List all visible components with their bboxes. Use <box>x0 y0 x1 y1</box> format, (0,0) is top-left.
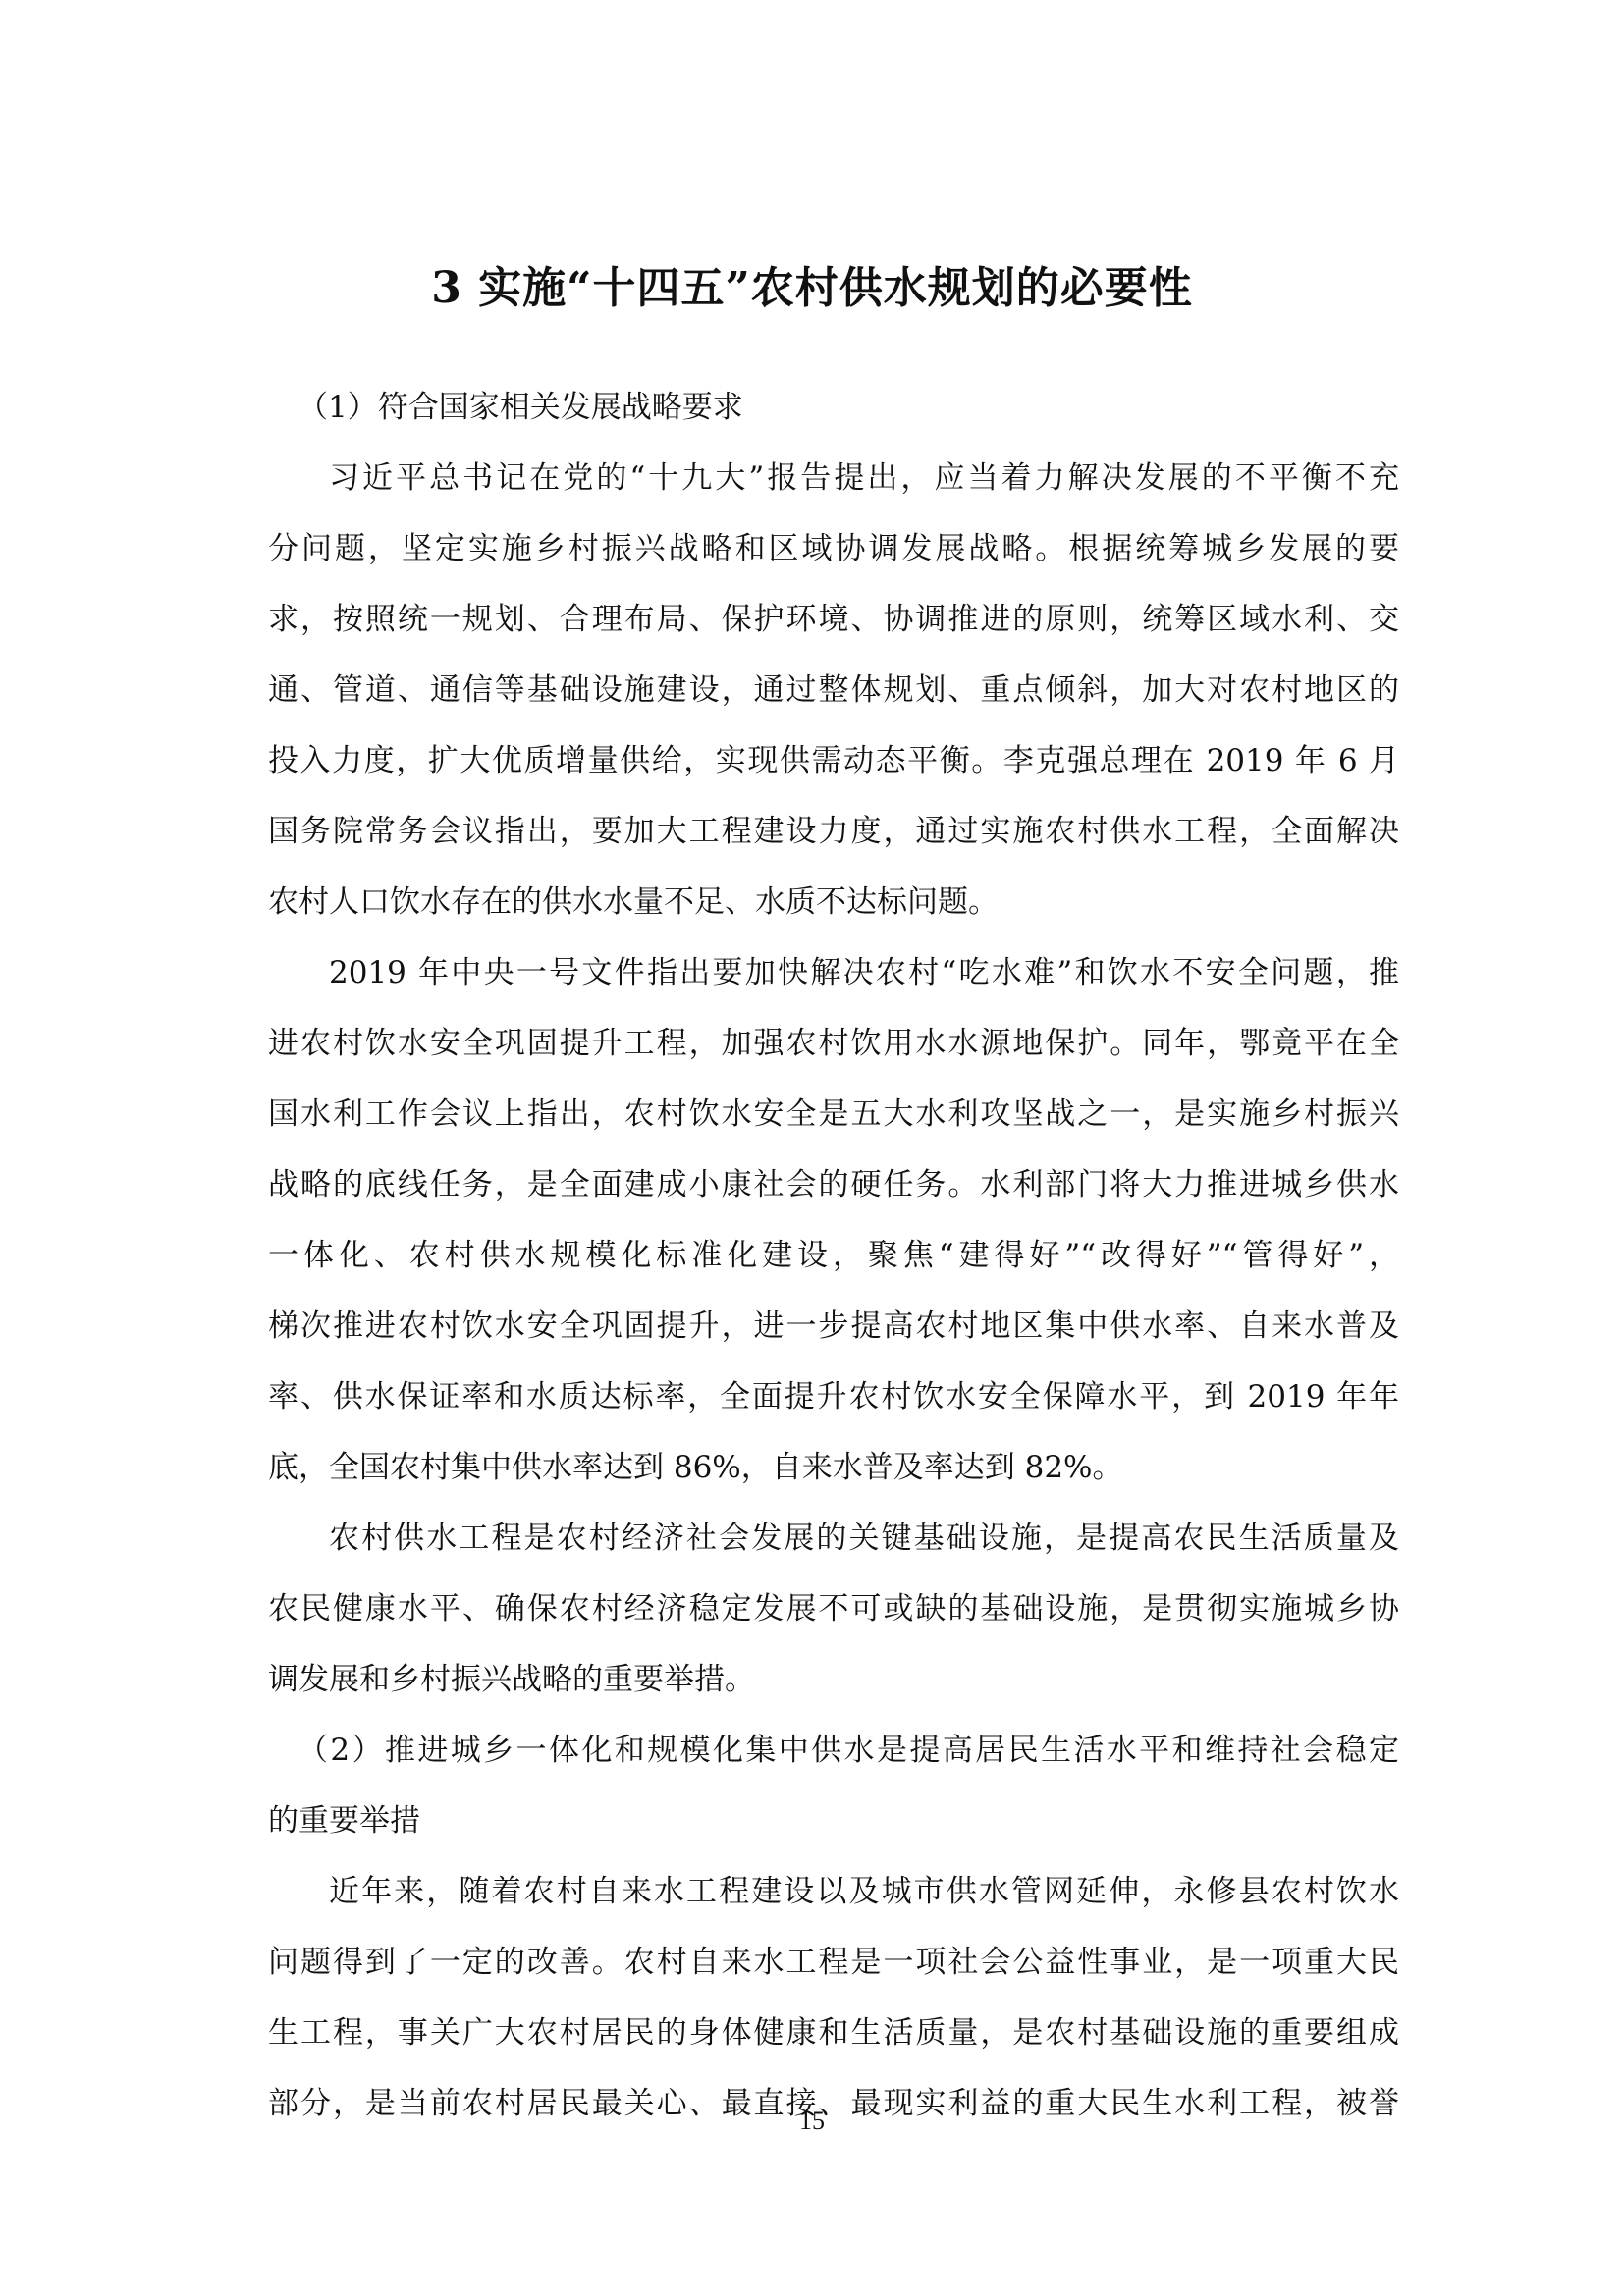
paragraph-line: 一体化、农村供水规模化标准化建设，聚焦“建得好”“改得好”“管得好”， <box>268 1229 1399 1282</box>
spacer <box>268 1847 1399 1865</box>
spacer <box>268 575 1399 593</box>
paragraph-line: 农民健康水平、确保农村经济稳定发展不可或缺的基础设施，是贯彻实施城乡协 <box>268 1582 1399 1635</box>
spacer <box>268 1423 1399 1441</box>
paragraph-line: 率、供水保证率和水质达标率，全面提升农村饮水安全保障水平，到 2019 年年 <box>268 1370 1399 1423</box>
section-title: 3 实施“十四五”农村供水规划的必要性 <box>0 257 1624 320</box>
spacer <box>268 999 1399 1017</box>
spacer <box>268 1989 1399 2006</box>
paragraph-line: 进农村饮水安全巩固提升工程，加强农村饮用水水源地保护。同年，鄂竟平在全 <box>268 1017 1399 1070</box>
spacer <box>268 1070 1399 1088</box>
spacer <box>268 434 1399 452</box>
spacer <box>268 1565 1399 1582</box>
paragraph-line: 梯次推进农村饮水安全巩固提升，进一步提高农村地区集中供水率、自来水普及 <box>268 1300 1399 1353</box>
spacer <box>268 1777 1399 1794</box>
spacer <box>268 505 1399 522</box>
paragraph-line: 生工程，事关广大农村居民的身体健康和生活质量，是农村基础设施的重要组成 <box>268 2006 1399 2059</box>
paragraph-3: 农村供水工程是农村经济社会发展的关键基础设施，是提高农民生活质量及 农民健康水平… <box>268 1512 1399 1724</box>
paragraph-line: 习近平总书记在党的“十九大”报告提出，应当着力解决发展的不平衡不充 <box>268 452 1399 505</box>
heading-line: （2）推进城乡一体化和规模化集中供水是提高居民生活水平和维持社会稳定 <box>268 1724 1399 1777</box>
spacer <box>268 1211 1399 1229</box>
spacer <box>268 1494 1399 1512</box>
paragraph-line: 农村人口饮水存在的供水水量不足、水质不达标问题。 <box>268 876 1399 929</box>
paragraph-line: 2019 年中央一号文件指出要加快解决农村“吃水难”和饮水不安全问题，推 <box>268 946 1399 999</box>
spacer <box>268 858 1399 876</box>
subsection-heading-1: （1）符合国家相关发展战略要求 <box>268 381 1399 434</box>
spacer <box>268 1141 1399 1158</box>
paragraph-line: 近年来，随着农村自来水工程建设以及城市供水管网延伸，永修县农村饮水 <box>268 1865 1399 1918</box>
heading-line: 的重要举措 <box>268 1794 1399 1847</box>
spacer <box>268 1918 1399 1936</box>
paragraph-line: 求，按照统一规划、合理布局、保护环境、协调推进的原则，统筹区域水利、交 <box>268 593 1399 646</box>
paragraph-1: 习近平总书记在党的“十九大”报告提出，应当着力解决发展的不平衡不充 分问题，坚定… <box>268 452 1399 946</box>
paragraph-line: 国水利工作会议上指出，农村饮水安全是五大水利攻坚战之一，是实施乡村振兴 <box>268 1088 1399 1141</box>
spacer <box>268 787 1399 805</box>
paragraph-line: 国务院常务会议指出，要加大工程建设力度，通过实施农村供水工程，全面解决 <box>268 805 1399 858</box>
spacer <box>268 1706 1399 1724</box>
paragraph-line: 投入力度，扩大优质增量供给，实现供需动态平衡。李克强总理在 2019 年 6 月 <box>268 734 1399 787</box>
spacer <box>268 2059 1399 2077</box>
spacer <box>268 929 1399 946</box>
paragraph-4: 近年来，随着农村自来水工程建设以及城市供水管网延伸，永修县农村饮水 问题得到了一… <box>268 1865 1399 2130</box>
paragraph-2: 2019 年中央一号文件指出要加快解决农村“吃水难”和饮水不安全问题，推 进农村… <box>268 946 1399 1512</box>
paragraph-line: 底，全国农村集中供水率达到 86%，自来水普及率达到 82%。 <box>268 1441 1399 1494</box>
spacer <box>268 1635 1399 1653</box>
spacer <box>268 1282 1399 1300</box>
paragraph-line: 战略的底线任务，是全面建成小康社会的硬任务。水利部门将大力推进城乡供水 <box>268 1158 1399 1211</box>
subsection-heading-2: （2）推进城乡一体化和规模化集中供水是提高居民生活水平和维持社会稳定 的重要举措 <box>268 1724 1399 1865</box>
paragraph-line: 调发展和乡村振兴战略的重要举措。 <box>268 1653 1399 1706</box>
spacer <box>268 717 1399 734</box>
spacer <box>268 646 1399 664</box>
paragraph-line: 分问题，坚定实施乡村振兴战略和区域协调发展战略。根据统筹城乡发展的要 <box>268 522 1399 575</box>
page-number: 15 <box>0 2107 1624 2136</box>
paragraph-line: 农村供水工程是农村经济社会发展的关键基础设施，是提高农民生活质量及 <box>268 1512 1399 1565</box>
paragraph-line: 问题得到了一定的改善。农村自来水工程是一项社会公益性事业，是一项重大民 <box>268 1936 1399 1989</box>
document-page: 3 实施“十四五”农村供水规划的必要性 （1）符合国家相关发展战略要求 习近平总… <box>0 0 1624 2296</box>
body-text: （1）符合国家相关发展战略要求 习近平总书记在党的“十九大”报告提出，应当着力解… <box>268 381 1399 2130</box>
spacer <box>268 1353 1399 1370</box>
paragraph-line: 通、管道、通信等基础设施建设，通过整体规划、重点倾斜，加大对农村地区的 <box>268 664 1399 717</box>
